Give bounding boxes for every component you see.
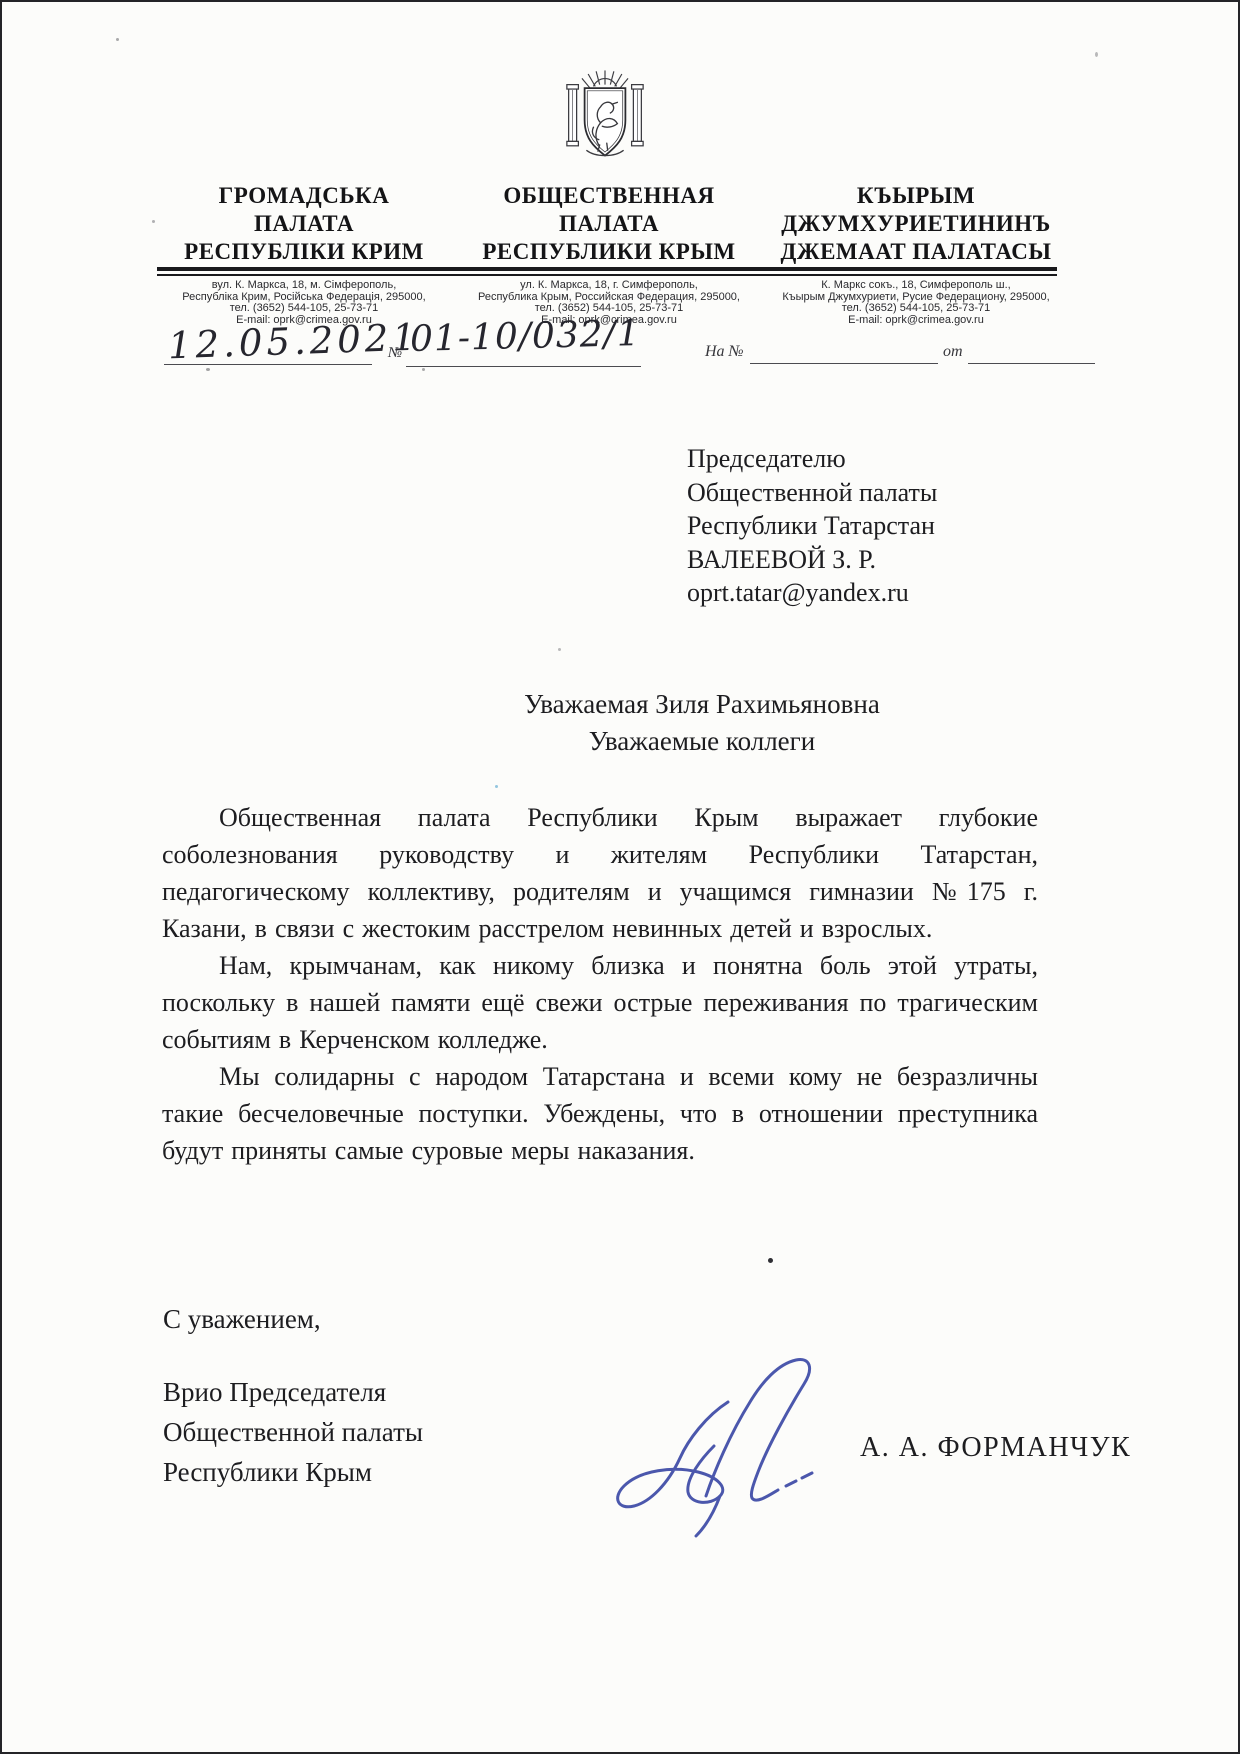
letterhead-title-line: ОБЩЕСТВЕННАЯ	[455, 182, 763, 210]
signer-role-block: Врио Председателя Общественной палаты Ре…	[163, 1372, 423, 1492]
letterhead-title-ukrainian: ГРОМАДСЬКА ПАЛАТА РЕСПУБЛІКИ КРИМ	[160, 182, 448, 266]
signer-role-line: Республики Крым	[163, 1452, 423, 1492]
letterhead-title-line: КЪЫРЫМ	[765, 182, 1067, 210]
addressee-block: Председателю Общественной палаты Республ…	[687, 442, 937, 610]
letterhead-title-line: ПАЛАТА	[160, 210, 448, 238]
letterhead-title-line: ДЖУМХУРИЕТИНИНЪ	[765, 210, 1067, 238]
scan-speck	[206, 368, 210, 371]
letterhead-contact-crimean-tatar: К. Маркс сокъ., 18, Симферополь ш., Къыр…	[765, 280, 1067, 326]
number-sign-label: №	[388, 345, 402, 362]
salutation-block: Уважаемая Зиля Рахимьяновна Уважаемые ко…	[362, 686, 1042, 760]
address-line: вул. К. Маркса, 18, м. Сімферополь,	[160, 280, 448, 292]
handwritten-signature-ink	[610, 1354, 855, 1539]
letterhead-title-line: РЕСПУБЛІКИ КРИМ	[160, 238, 448, 266]
salutation-line: Уважаемые коллеги	[362, 723, 1042, 760]
addressee-name: ВАЛЕЕВОЙ З. Р.	[687, 543, 937, 577]
addressee-email: oprt.tatar@yandex.ru	[687, 576, 937, 610]
letterhead-title-line: РЕСПУБЛИКИ КРЫМ	[455, 238, 763, 266]
scan-speck	[152, 220, 155, 223]
addressee-line: Республики Татарстан	[687, 509, 937, 543]
address-line: К. Маркс сокъ., 18, Симферополь ш.,	[765, 280, 1067, 292]
letterhead-title-line: ДЖЕМААТ ПАЛАТАСЫ	[765, 238, 1067, 266]
letter-body: Общественная палата Республики Крым выра…	[162, 799, 1038, 1169]
letterhead-title-russian: ОБЩЕСТВЕННАЯ ПАЛАТА РЕСПУБЛИКИ КРЫМ	[455, 182, 763, 266]
number-underline	[406, 366, 641, 367]
from-date-label: от	[943, 343, 963, 361]
handwritten-outgoing-number: 01-10/032/1	[410, 313, 642, 360]
body-paragraph: Общественная палата Республики Крым выра…	[162, 799, 1038, 947]
handwritten-date: 12.05.2021	[167, 316, 420, 368]
salutation-line: Уважаемая Зиля Рахимьяновна	[362, 686, 1042, 723]
scan-speck	[558, 648, 561, 651]
body-paragraph: Мы солидарны с народом Татарстана и всем…	[162, 1058, 1038, 1169]
incoming-number-label: На №	[705, 343, 744, 361]
address-line: ул. К. Маркса, 18, г. Симферополь,	[455, 280, 763, 292]
addressee-line: Председателю	[687, 442, 937, 476]
closing-line: С уважением,	[163, 1304, 321, 1335]
scan-speck	[116, 38, 119, 41]
from-date-underline	[968, 363, 1095, 364]
letterhead-title-line: ПАЛАТА	[455, 210, 763, 238]
date-underline	[164, 364, 372, 365]
scan-speck	[495, 785, 498, 788]
letterhead-title-crimean-tatar: КЪЫРЫМ ДЖУМХУРИЕТИНИНЪ ДЖЕМААТ ПАЛАТАСЫ	[765, 182, 1067, 266]
letterhead-title-line: ГРОМАДСЬКА	[160, 182, 448, 210]
signer-name: А. А. ФОРМАНЧУК	[860, 1432, 1131, 1464]
email-line: E-mail: oprk@crimea.gov.ru	[765, 315, 1067, 327]
scan-speck	[1095, 52, 1098, 57]
incoming-number-underline	[750, 363, 938, 364]
signer-role-line: Врио Председателя	[163, 1372, 423, 1412]
scanned-letter-page: ГРОМАДСЬКА ПАЛАТА РЕСПУБЛІКИ КРИМ ОБЩЕСТ…	[0, 0, 1240, 1754]
addressee-line: Общественной палаты	[687, 476, 937, 510]
crimea-coat-of-arms-icon	[558, 62, 652, 164]
scan-speck	[768, 1258, 773, 1263]
signer-role-line: Общественной палаты	[163, 1412, 423, 1452]
scan-speck	[422, 368, 425, 371]
letterhead-divider-rule	[157, 267, 1057, 276]
body-paragraph: Нам, крымчанам, как никому близка и поня…	[162, 947, 1038, 1058]
